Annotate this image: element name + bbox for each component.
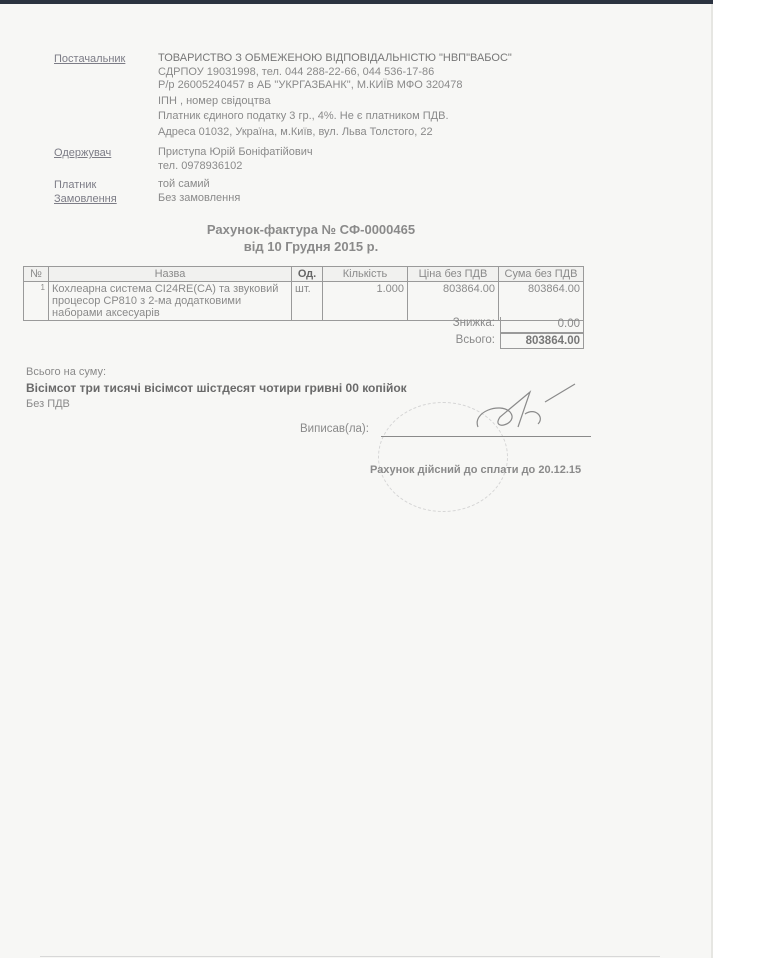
supplier-edrpou: СДРПОУ 19031998, тел. 044 288-22-66, 044… (158, 66, 512, 80)
payer-label: Платник (54, 179, 96, 191)
payer-value: той самий (158, 178, 210, 192)
row-no: 1 (24, 282, 49, 321)
col-price: Ціна без ПДВ (408, 267, 499, 282)
col-sum: Сума без ПДВ (499, 267, 584, 282)
row-unit: шт. (292, 282, 323, 321)
supplier-label: Постачальник (54, 53, 125, 65)
supplier-ipn: ІПН , номер свідоцтва (158, 95, 512, 109)
row-name: Кохлеарна система CI24RE(CA) та звуковий… (49, 282, 292, 321)
total-value: 803864.00 (500, 333, 584, 349)
vat-note: Без ПДВ (26, 398, 70, 412)
table-header-row: № Назва Од. Кількість Ціна без ПДВ Сума … (24, 267, 584, 282)
table-row: 1 Кохлеарна система CI24RE(CA) та звуков… (24, 282, 584, 321)
validity-note: Рахунок дійсний до сплати до 20.12.15 (370, 464, 581, 476)
row-qty: 1.000 (323, 282, 408, 321)
signed-by-label: Виписав(ла): (300, 423, 369, 437)
supplier-name: ТОВАРИСТВО З ОБМЕЖЕНОЮ ВІДПОВІДАЛЬНІСТЮ … (158, 52, 512, 66)
sum-in-words: Вісімсот три тисячі вісімсот шістдесят ч… (26, 381, 407, 395)
row-sum: 803864.00 (499, 282, 584, 321)
row-price: 803864.00 (408, 282, 499, 321)
supplier-account: Р/р 26005240457 в АБ "УКРГАЗБАНК", М.КИЇ… (158, 79, 512, 93)
discount-value: 0.00 (500, 317, 584, 333)
recipient-phone: тел. 0978936102 (158, 160, 313, 174)
col-no: № (24, 267, 49, 282)
col-name: Назва (49, 267, 292, 282)
order-label: Замовлення (54, 193, 117, 205)
discount-label: Знижка: (400, 317, 495, 329)
total-label: Всього: (400, 334, 495, 346)
recipient-details: Приступа Юрій Боніфатійович тел. 0978936… (158, 146, 313, 173)
signature-icon (470, 382, 580, 442)
scanned-invoice-page: Постачальник ТОВАРИСТВО З ОБМЕЖЕНОЮ ВІДП… (0, 0, 713, 958)
invoice-title: Рахунок-фактура № СФ-0000465 (101, 222, 521, 237)
sum-label: Всього на суму: (26, 366, 106, 380)
recipient-label: Одержувач (54, 147, 111, 159)
invoice-date: від 10 Грудня 2015 р. (101, 239, 521, 254)
supplier-details: ТОВАРИСТВО З ОБМЕЖЕНОЮ ВІДПОВІДАЛЬНІСТЮ … (158, 52, 512, 139)
col-qty: Кількість (323, 267, 408, 282)
recipient-name: Приступа Юрій Боніфатійович (158, 146, 313, 160)
supplier-address: Адреса 01032, Україна, м.Київ, вул. Льва… (158, 126, 512, 140)
items-table: № Назва Од. Кількість Ціна без ПДВ Сума … (23, 266, 584, 321)
col-unit: Од. (292, 267, 323, 282)
supplier-tax: Платник єдиного податку 3 гр., 4%. Не є … (158, 110, 512, 124)
order-value: Без замовлення (158, 192, 240, 206)
scan-artifact-line (40, 956, 660, 957)
